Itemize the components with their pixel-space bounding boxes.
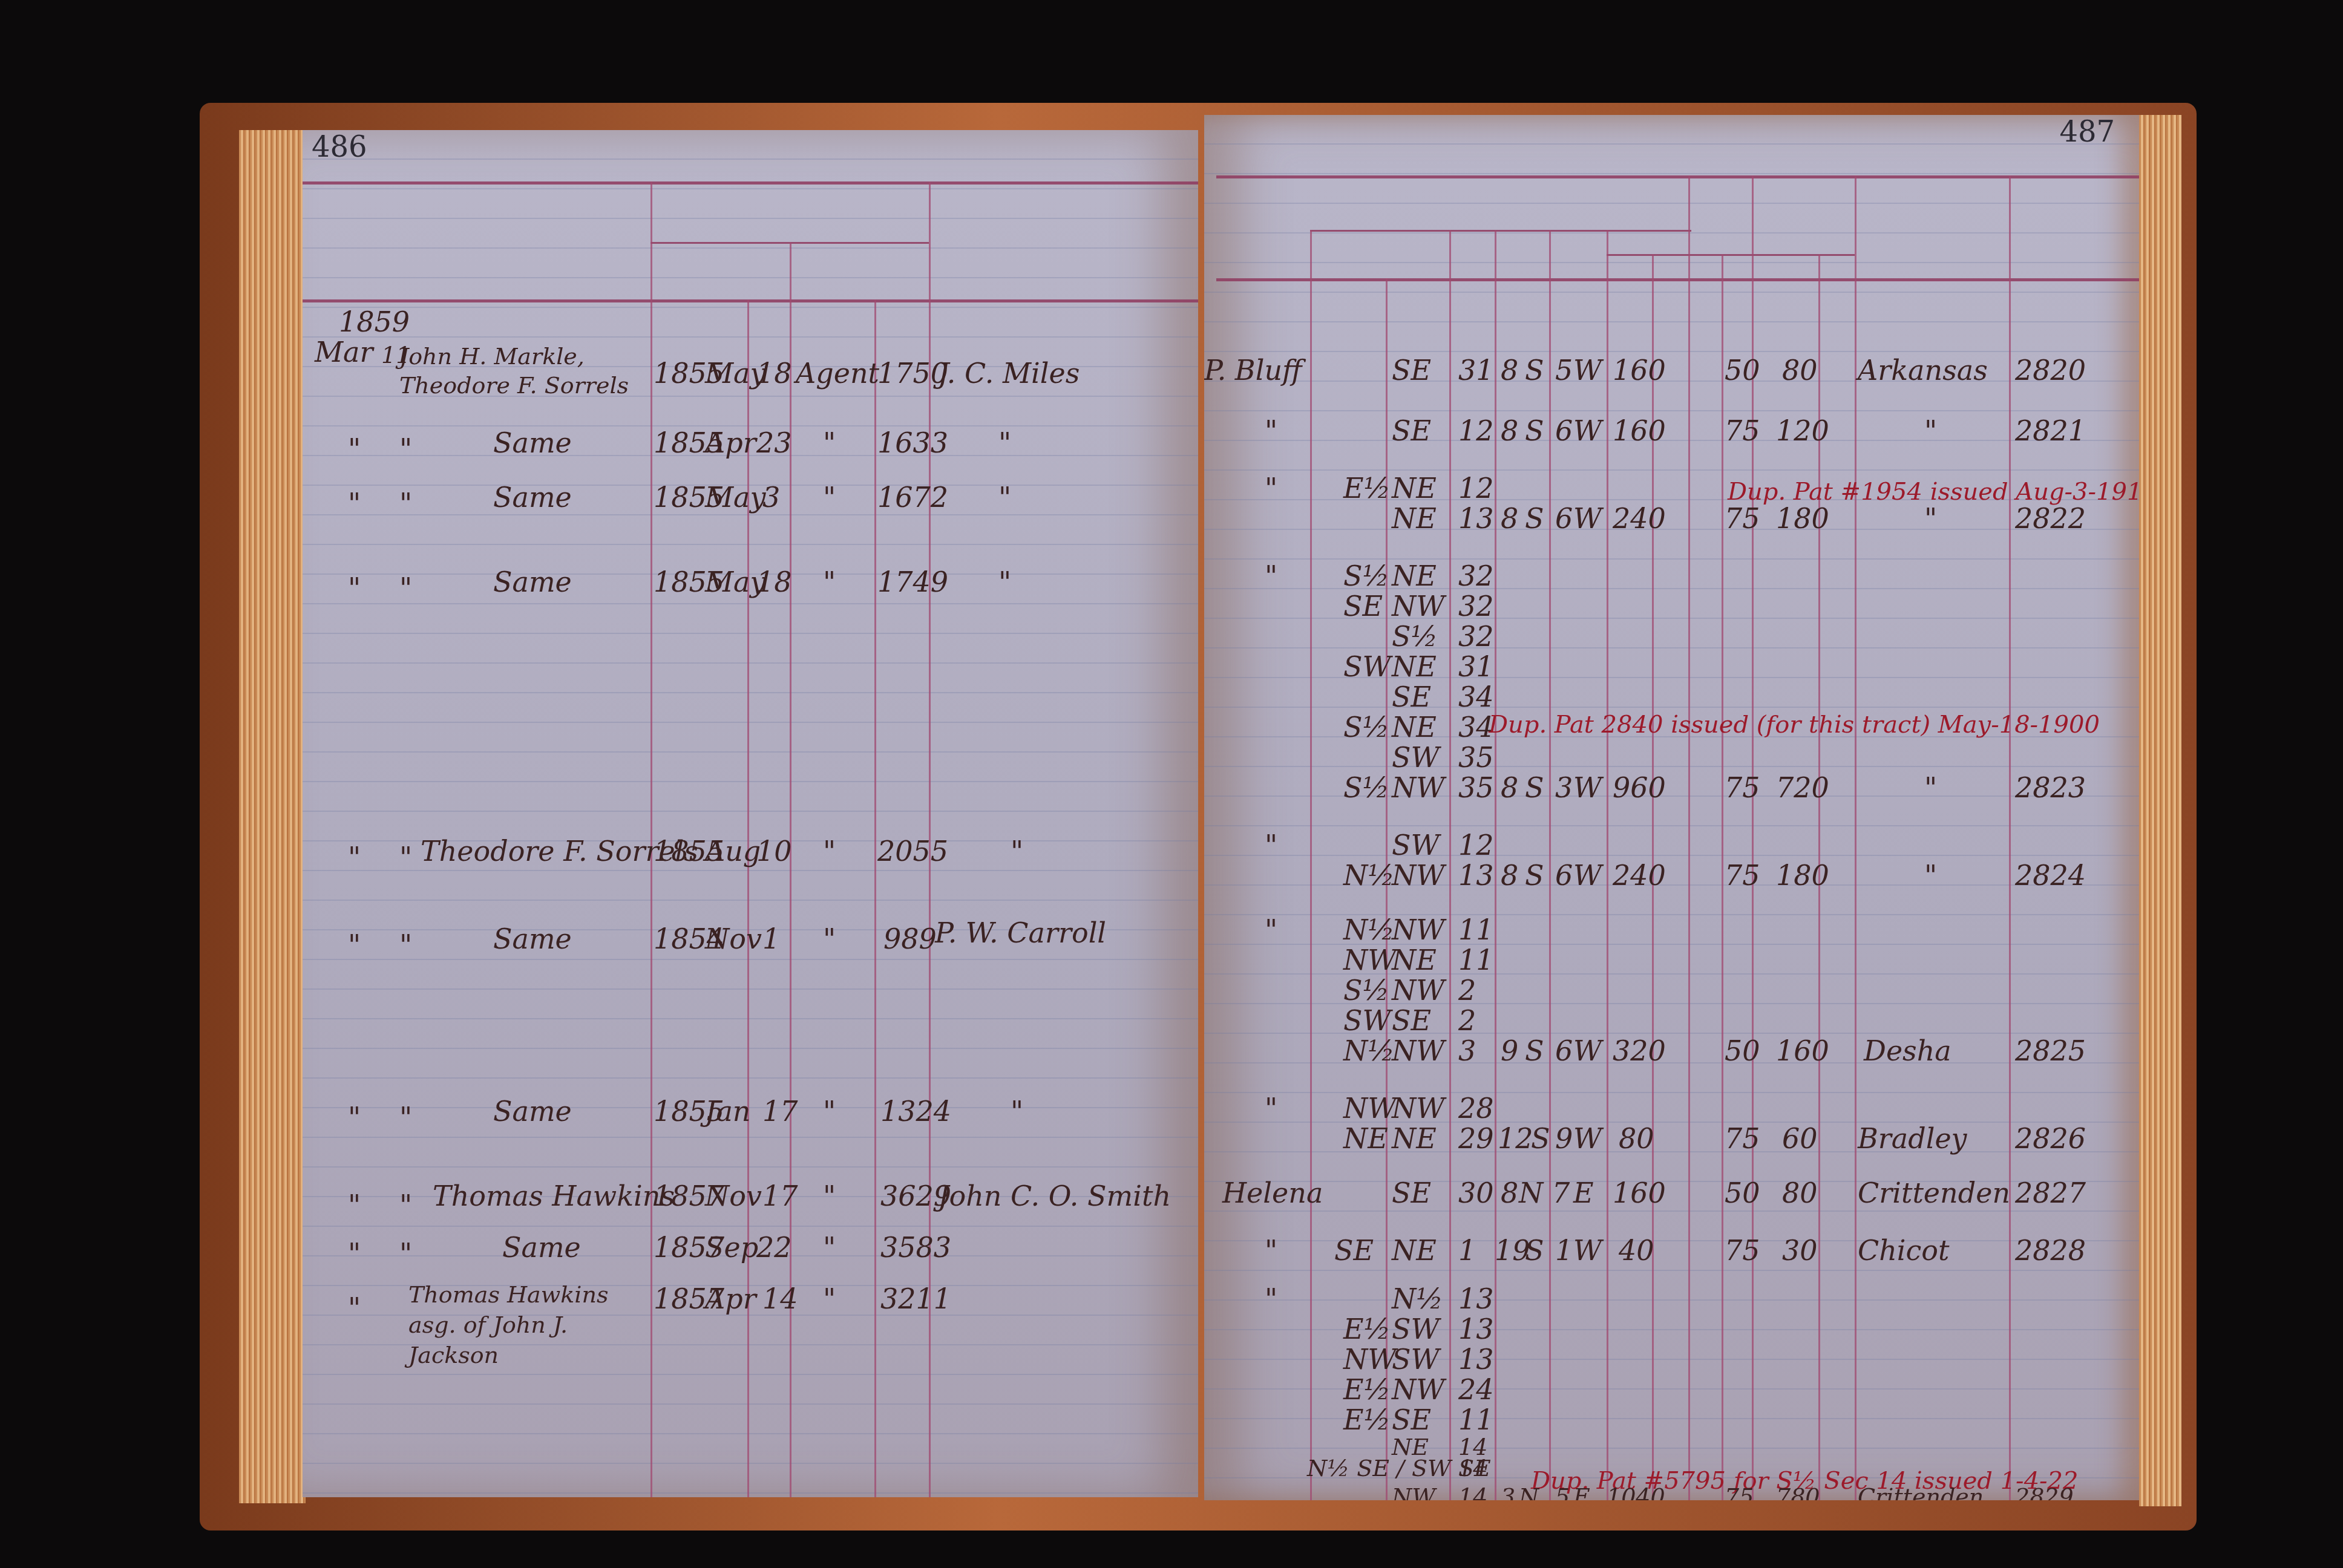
page-number: 486: [312, 130, 367, 164]
table-row: SE 34: [1204, 681, 2139, 711]
table-row: NE 14: [1204, 1434, 2139, 1458]
table-row: S½ 32: [1204, 620, 2139, 650]
table-row: E½ SE 11: [1204, 1403, 2139, 1434]
table-row: P. Bluff SE 31 8 S 5 W 160 50 80 Arkansa…: [1204, 354, 2139, 390]
table-row: NW NE 11: [1204, 944, 2139, 974]
table-row: " NW NW 28: [1204, 1092, 2139, 1122]
table-row: SW NE 31: [1204, 650, 2139, 681]
table-row: E½ NW 24: [1204, 1373, 2139, 1403]
table-row: E½ SW 13: [1204, 1313, 2139, 1343]
page-number: 487: [2059, 115, 2115, 149]
table-row: " SE NE 1 19 S 1 W 40 75 30 Chicot 2828: [1204, 1234, 2139, 1270]
table-row: S½ NW 2: [1204, 974, 2139, 1004]
page-edges-right: [2139, 115, 2181, 1506]
month-header: Mar: [315, 336, 373, 368]
header-mid-rule-2: [1607, 254, 1855, 256]
header-mid-rule: [1310, 230, 1691, 232]
table-row: " SW 12: [1204, 829, 2139, 859]
table-row: N½ NW 3 9 S 6 W 320 50 160 Desha 2825: [1204, 1034, 2139, 1071]
table-row: S½ NW 35 8 S 3 W 960 75 720 " 2823: [1204, 771, 2139, 808]
header-bottom-rule: [1216, 278, 2139, 281]
table-row: SW SE 2: [1204, 1004, 2139, 1034]
table-row: SW 35: [1204, 741, 2139, 771]
table-row: NW SW 13: [1204, 1343, 2139, 1373]
col-divider: [874, 299, 876, 1497]
ledger-page-left: 486 1859 Mar 11 John H. Markle, Theodore…: [303, 130, 1198, 1497]
header-top-rule: [1216, 175, 2139, 178]
year-header: 1859: [339, 305, 410, 338]
table-row: NE 13 8 S 6 W 240 75 180 " 2822: [1204, 502, 2139, 538]
table-row: " N½ 13: [1204, 1282, 2139, 1313]
table-row: " N½ NW 11: [1204, 913, 2139, 944]
col-divider: [747, 299, 749, 1497]
table-row: NW 14 3 N 5 E 1040 75 780 Crittenden 282…: [1204, 1483, 2139, 1500]
ledger-page-right: 487 P. Bluff SE 31 8 S 5 W 160 50 80 Ark…: [1204, 115, 2139, 1500]
annotation-duplicate-patent: Dup. Pat 2840 issued (for this tract) Ma…: [1489, 711, 2100, 739]
header-top-rule: [303, 181, 1198, 185]
table-row: SE NW 32: [1204, 590, 2139, 620]
table-row: " S½ NE 32: [1204, 560, 2139, 590]
table-row: NE NE 29 12 S 9 W 80 75 60 Bradley 2826: [1204, 1122, 2139, 1158]
entry-name: John H. Markle, Theodore F. Sorrels: [399, 342, 641, 400]
table-row: Helena SE 30 8 N 7 E 160 50 80 Crittende…: [1204, 1177, 2139, 1213]
page-edges-left: [239, 130, 306, 1503]
header-bottom-rule: [303, 299, 1198, 302]
table-row: " SE 12 8 S 6 W 160 75 120 " 2821: [1204, 414, 2139, 451]
table-row: N½ NW 13 8 S 6 W 240 75 180 " 2824: [1204, 859, 2139, 895]
